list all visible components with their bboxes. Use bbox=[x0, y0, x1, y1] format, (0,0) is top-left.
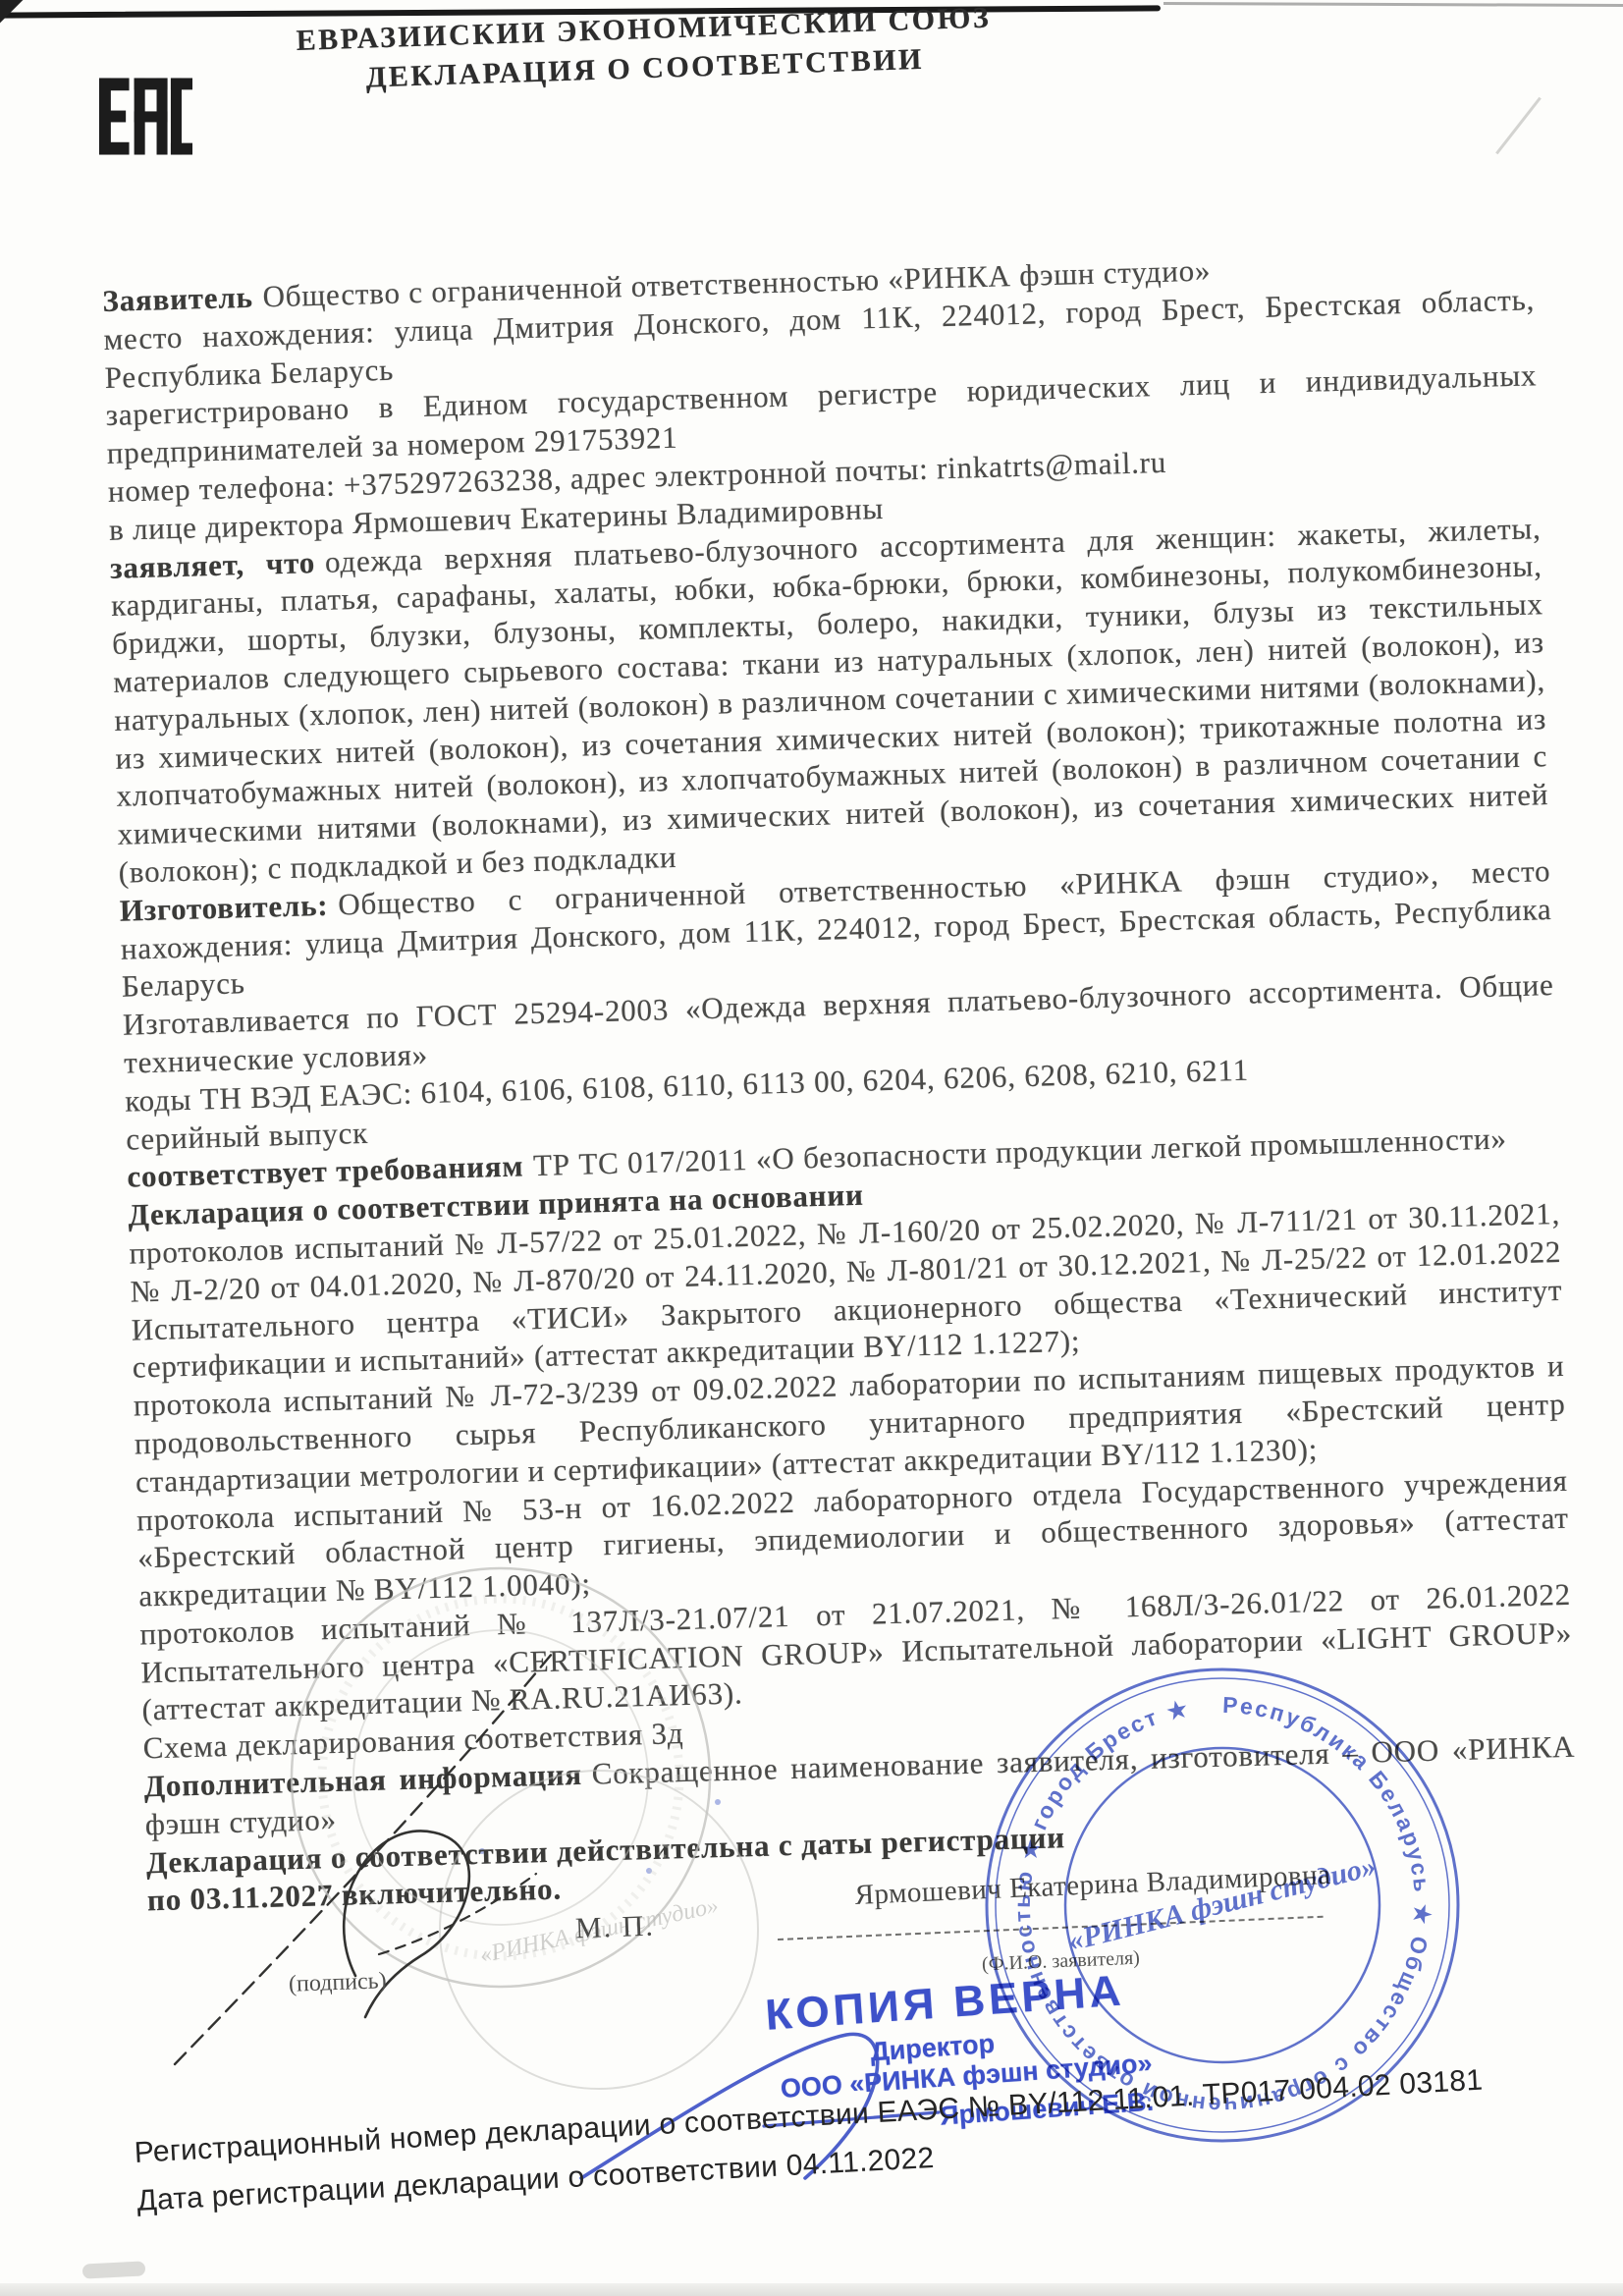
paragraph-lead: Изготовитель: bbox=[119, 888, 329, 928]
paragraph-product: заявляет, чтоодежда верхняя платьево-блу… bbox=[110, 510, 1550, 893]
document-page: ЕВРАЗИИСКИИ ЭКОНОМИЧЕСКИИ СОЮЗ ДЕКЛАРАЦИ… bbox=[0, 0, 1623, 2296]
stamp-place-label: М. П. bbox=[574, 1910, 655, 1946]
signature-caption: (подпись) bbox=[289, 1968, 388, 1997]
scan-smudge bbox=[82, 2261, 146, 2278]
paragraph-text: серийный выпуск bbox=[126, 1115, 369, 1156]
paragraph-lead: заявляет, что bbox=[110, 545, 316, 585]
scan-corner-mark bbox=[0, 0, 33, 26]
scan-streak bbox=[1495, 97, 1542, 155]
paragraph-text: одежда верхняя платьево-блузочного ассор… bbox=[111, 511, 1549, 890]
scan-bottom-shadow bbox=[0, 2283, 1623, 2296]
paragraph-lead: Заявитель bbox=[102, 280, 253, 318]
paragraph-text bbox=[873, 1177, 874, 1212]
eac-logo-icon bbox=[99, 71, 192, 162]
scan-edge-line-light bbox=[1163, 2, 1623, 7]
round-stamp-center-text: «РИНКА фэшн студио» bbox=[1065, 1850, 1380, 1958]
